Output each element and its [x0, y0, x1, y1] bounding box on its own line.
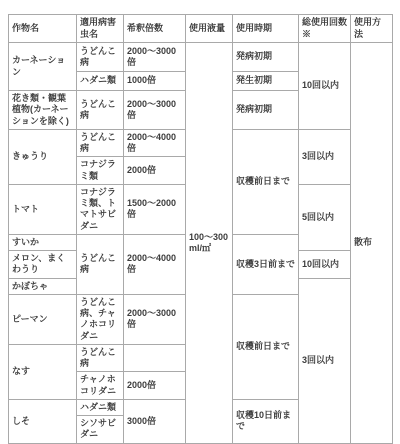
- timing-cell: 発生初期: [233, 72, 299, 91]
- max-uses-cell: 3回以内: [299, 129, 351, 184]
- pest-cell: ハダニ類: [77, 399, 124, 415]
- pest-cell: うどんこ病: [77, 43, 124, 72]
- max-uses-cell: 10回以内: [299, 43, 351, 130]
- pest-cell: ハダニ類: [77, 72, 124, 91]
- timing-cell: 収穫前日まで: [233, 129, 299, 234]
- col-header-timing: 使用時期: [233, 15, 299, 43]
- dilution-cell: 2000〜3000倍: [124, 91, 186, 130]
- col-header-pest: 適用病害虫名: [77, 15, 124, 43]
- timing-cell: 収穫3日前まで: [233, 234, 299, 294]
- timing-cell: 発病初期: [233, 91, 299, 130]
- pest-cell: うどんこ病: [77, 91, 124, 130]
- col-header-crop: 作物名: [9, 15, 77, 43]
- crop-cell: すいか: [9, 234, 77, 250]
- dilution-cell: 1000倍: [124, 72, 186, 91]
- pest-cell: コナジラミ類: [77, 157, 124, 185]
- crop-cell: なす: [9, 344, 77, 399]
- pesticide-application-table: 作物名 適用病害虫名 希釈倍数 使用液量 使用時期 総使用回数※ 使用方法 カー…: [8, 14, 393, 444]
- method-cell: 散布: [351, 43, 393, 444]
- timing-cell: 発病初期: [233, 43, 299, 72]
- col-header-volume: 使用液量: [186, 15, 233, 43]
- pest-cell: うどんこ病: [77, 129, 124, 157]
- col-header-max-uses: 総使用回数※: [299, 15, 351, 43]
- header-row: 作物名 適用病害虫名 希釈倍数 使用液量 使用時期 総使用回数※ 使用方法: [9, 15, 393, 43]
- crop-cell: 花き類・観葉植物(カーネーションを除く): [9, 91, 77, 130]
- crop-cell: きゅうり: [9, 129, 77, 184]
- col-header-dilution: 希釈倍数: [124, 15, 186, 43]
- crop-cell: かぼちゃ: [9, 278, 77, 294]
- pest-cell: うどんこ病、チャノホコリダニ: [77, 294, 124, 344]
- max-uses-cell: 3回以内: [299, 278, 351, 443]
- dilution-cell: 2000〜4000倍: [124, 234, 186, 294]
- col-header-method: 使用方法: [351, 15, 393, 43]
- pest-cell: うどんこ病: [77, 344, 124, 372]
- dilution-cell: 3000倍: [124, 399, 186, 443]
- dilution-cell: 1500〜2000倍: [124, 184, 186, 234]
- timing-cell: 収穫10日前まで: [233, 399, 299, 443]
- dilution-cell: 2000〜3000倍: [124, 294, 186, 344]
- dilution-cell: 2000倍: [124, 372, 186, 400]
- crop-cell: ピーマン: [9, 294, 77, 344]
- dilution-cell: 2000〜4000倍: [124, 129, 186, 157]
- crop-cell: カーネーション: [9, 43, 77, 91]
- pest-cell: チャノホコリダニ: [77, 372, 124, 400]
- max-uses-cell: 10回以内: [299, 251, 351, 279]
- crop-cell: トマト: [9, 184, 77, 234]
- max-uses-cell: 5回以内: [299, 184, 351, 250]
- crop-cell: しそ: [9, 399, 77, 443]
- dilution-cell: 2000倍: [124, 157, 186, 185]
- timing-cell: 収穫前日まで: [233, 294, 299, 399]
- pest-cell: うどんこ病: [77, 234, 124, 294]
- pest-cell: コナジラミ類、トマトサビダニ: [77, 184, 124, 234]
- crop-cell: メロン、まくわうり: [9, 251, 77, 279]
- dilution-cell-empty: [124, 344, 186, 372]
- pest-cell: シソサビダニ: [77, 416, 124, 444]
- dilution-cell: 2000〜3000倍: [124, 43, 186, 72]
- table-row: カーネーション うどんこ病 2000〜3000倍 100〜300ml/㎡ 発病初…: [9, 43, 393, 72]
- volume-cell: 100〜300ml/㎡: [186, 43, 233, 444]
